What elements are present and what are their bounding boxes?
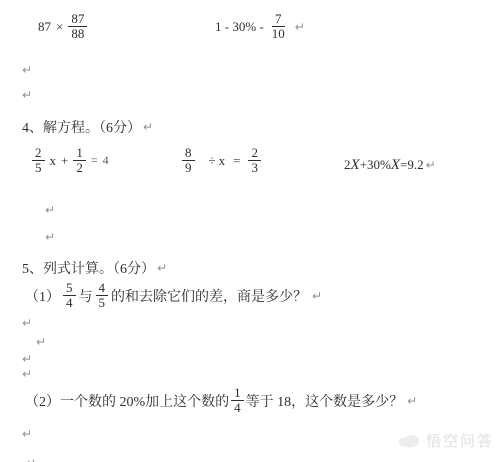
- equation-3: 2 X +30% X =9.2 ↵: [344, 157, 436, 173]
- paragraph-mark-icon: ↵: [157, 261, 167, 275]
- fraction-denominator: 10: [269, 27, 288, 41]
- fraction-denominator: 3: [248, 161, 261, 175]
- paragraph-mark-icon: ↵: [426, 158, 436, 172]
- problem-number: （1）: [25, 286, 60, 306]
- paragraph-mark-icon: ↵: [22, 316, 32, 330]
- fraction-denominator: 9: [182, 161, 195, 175]
- worksheet-page: 87 × 87 88 1 - 30% - 7 10 ↵ ↵ ↵ 4、解方程。（6…: [0, 0, 504, 462]
- fraction-denominator: 4: [63, 296, 76, 310]
- section-5-heading: 5、列式计算。（6分） ↵: [22, 258, 167, 278]
- divide-sign: ÷: [209, 153, 216, 169]
- fraction-numerator: 4: [96, 281, 109, 296]
- fraction-numerator: 1: [73, 146, 86, 161]
- fraction-5-4: 5 4: [63, 281, 76, 311]
- fraction-1-4: 1 4: [231, 386, 244, 416]
- fraction-numerator: 8: [182, 146, 195, 161]
- paragraph-mark-icon: ↵: [45, 230, 55, 244]
- heading-text: 5、列式计算。（6分）: [22, 258, 155, 278]
- equals-sign: =: [233, 153, 240, 169]
- expression-percent-subtraction: 1 - 30% - 7 10 ↵: [215, 12, 305, 42]
- plus-sign: +: [61, 153, 68, 169]
- heading-text: 4、解方程。（6分）: [22, 117, 141, 137]
- paragraph-mark-icon: ↵: [22, 352, 32, 366]
- fraction-denominator: 88: [68, 27, 87, 41]
- paragraph-mark-icon: ↵: [45, 203, 55, 217]
- question-text-tail: 等于 18，这个数是多少？: [246, 391, 404, 411]
- right-hand-side: 4: [103, 153, 109, 168]
- paragraph-mark-icon: ↵: [36, 335, 46, 349]
- variable-x: x: [50, 153, 57, 169]
- question-text: 的和去除它们的差，商是多少？: [111, 286, 307, 306]
- paragraph-mark-icon: ↵: [312, 289, 322, 303]
- paragraph-mark-icon: ↵: [295, 20, 305, 34]
- fraction-7-10: 7 10: [269, 12, 288, 42]
- watermark-logo-icon: [398, 434, 420, 448]
- watermark-text: 悟空问答: [426, 430, 494, 451]
- paragraph-mark-icon: ↵: [22, 63, 32, 77]
- variable-x: x: [219, 153, 226, 169]
- fraction-denominator: 2: [73, 161, 86, 175]
- fraction-2-3: 2 3: [248, 146, 261, 176]
- expression-87-times-fraction: 87 × 87 88: [38, 12, 87, 42]
- paragraph-mark-icon: ↵: [407, 394, 417, 408]
- watermark: 悟空问答: [398, 430, 494, 451]
- plus-percent-term: +30%: [360, 157, 391, 173]
- fraction-4-5: 4 5: [96, 281, 109, 311]
- fraction-8-9: 8 9: [182, 146, 195, 176]
- fraction-numerator: 2: [248, 146, 261, 161]
- paragraph-mark-icon: ↵: [26, 456, 36, 462]
- fraction-numerator: 7: [272, 12, 285, 27]
- fraction-numerator: 1: [231, 386, 244, 401]
- fraction-numerator: 5: [63, 281, 76, 296]
- multiply-sign: ×: [56, 19, 63, 35]
- multiplicand: 87: [38, 19, 51, 35]
- fraction-87-88: 87 88: [68, 12, 87, 42]
- problem-2: （2）一个数的 20%加上这个数的 1 4 等于 18，这个数是多少？ ↵: [25, 386, 417, 416]
- conjunction-text: 与: [79, 286, 93, 306]
- fraction-denominator: 5: [96, 296, 109, 310]
- fraction-denominator: 5: [32, 161, 45, 175]
- paragraph-mark-icon: ↵: [22, 367, 32, 381]
- fraction-numerator: 87: [68, 12, 87, 27]
- expression-text: 1 - 30% -: [215, 19, 264, 35]
- problem-1: （1） 5 4 与 4 5 的和去除它们的差，商是多少？ ↵: [25, 281, 322, 311]
- fraction-1-2: 1 2: [73, 146, 86, 176]
- variable-X: X: [391, 158, 400, 173]
- fraction-denominator: 4: [231, 401, 244, 415]
- question-text-lead: （2）一个数的 20%加上这个数的: [25, 391, 229, 411]
- section-4-heading: 4、解方程。（6分） ↵: [22, 117, 153, 137]
- equation-2: 8 9 ÷ x = 2 3: [182, 146, 261, 176]
- paragraph-mark-icon: ↵: [22, 427, 32, 441]
- variable-X: X: [351, 158, 360, 173]
- equals-sign: =: [91, 153, 98, 168]
- equation-1: 2 5 x + 1 2 = 4: [32, 146, 109, 176]
- paragraph-mark-icon: ↵: [143, 120, 153, 134]
- fraction-2-5: 2 5: [32, 146, 45, 176]
- fraction-numerator: 2: [32, 146, 45, 161]
- equals-value: =9.2: [400, 157, 424, 173]
- paragraph-mark-icon: ↵: [22, 88, 32, 102]
